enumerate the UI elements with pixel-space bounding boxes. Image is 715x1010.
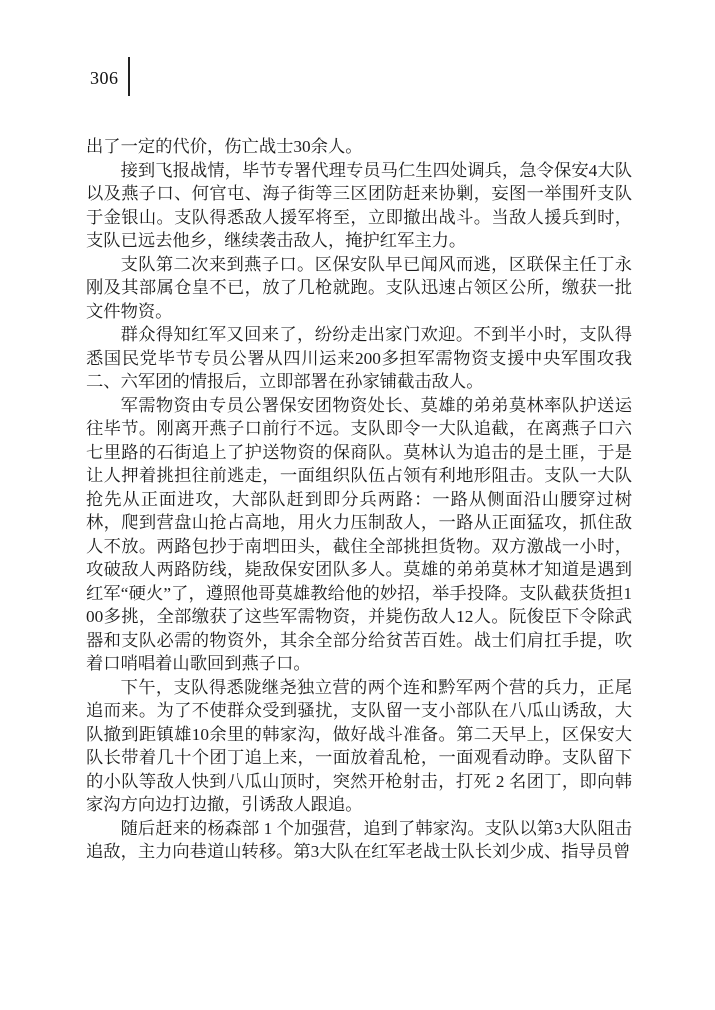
paragraph: 接到飞报战情，毕节专署代理专员马仁生四处调兵，急令保安4大队以及燕子口、何官屯、… bbox=[86, 159, 632, 253]
body-text: 出了一定的代价，伤亡战士30余人。 接到飞报战情，毕节专署代理专员马仁生四处调兵… bbox=[86, 135, 632, 864]
paragraph: 群众得知红军又回来了，纷纷走出家门欢迎。不到半小时，支队得悉国民党毕节专员公署从… bbox=[86, 323, 632, 394]
paragraph: 出了一定的代价，伤亡战士30余人。 bbox=[86, 135, 632, 159]
page-number: 306 bbox=[90, 65, 119, 87]
page-number-divider bbox=[128, 57, 130, 96]
page-header: 306 bbox=[90, 56, 130, 96]
paragraph: 支队第二次来到燕子口。区保安队早已闻风而逃，区联保主任丁永刚及其部属仓皇不已，放… bbox=[86, 253, 632, 324]
paragraph: 军需物资由专员公署保安团物资处长、莫雄的弟弟莫林率队护送运往毕节。刚离开燕子口前… bbox=[86, 394, 632, 676]
book-page: 306 出了一定的代价，伤亡战士30余人。 接到飞报战情，毕节专署代理专员马仁生… bbox=[0, 0, 715, 1010]
paragraph: 随后赶来的杨森部 1 个加强营，追到了韩家沟。支队以第3大队阻击追敌，主力向巷道… bbox=[86, 817, 632, 864]
paragraph: 下午，支队得悉陇继尧独立营的两个连和黔军两个营的兵力，正尾追而来。为了不使群众受… bbox=[86, 676, 632, 817]
